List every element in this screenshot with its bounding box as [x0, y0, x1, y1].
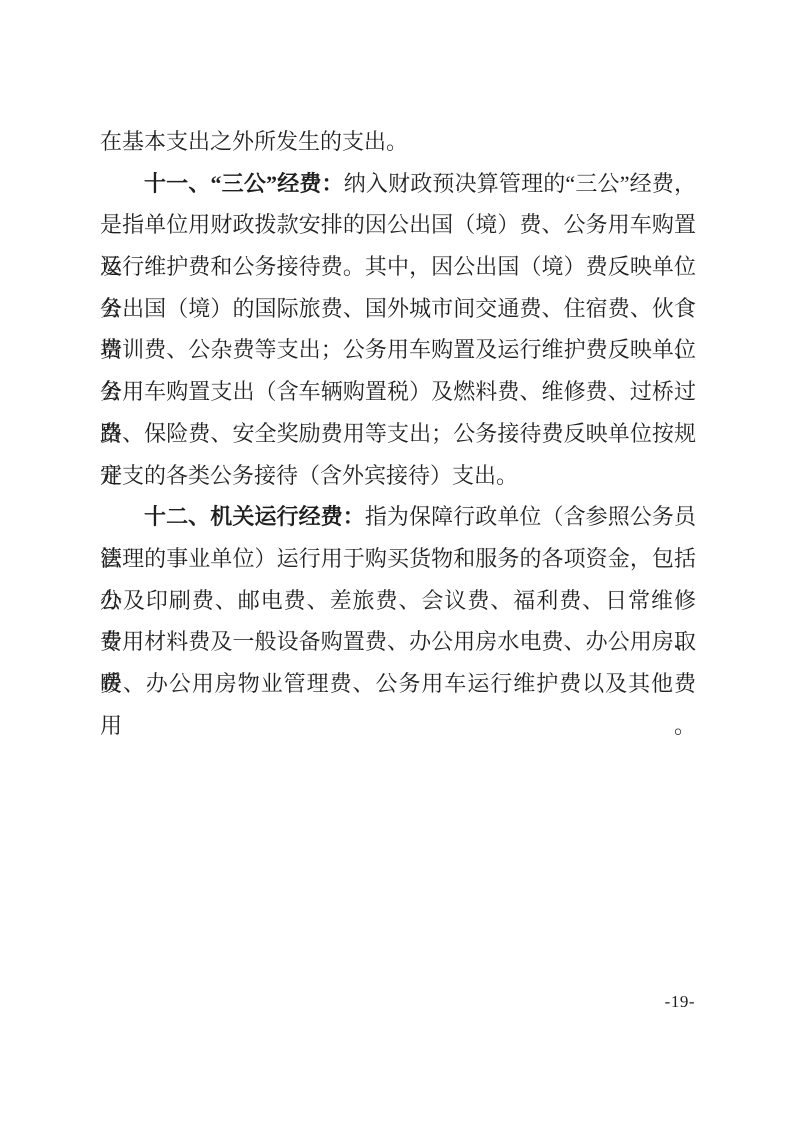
text-line: 十二、机关运行经费：指为保障行政单位（含参照公务员法: [100, 496, 696, 538]
text-line: 十一、“三公”经费：纳入财政预决算管理的“三公”经费，: [100, 163, 696, 205]
text-line: 务出国（境）的国际旅费、国外城市间交通费、住宿费、伙食费、: [100, 288, 696, 330]
text-line: 开支的各类公务接待（含外宾接待）支出。: [100, 455, 696, 497]
document-text-block: 在基本支出之外所发生的支出。十一、“三公”经费：纳入财政预决算管理的“三公”经费…: [100, 121, 696, 705]
heading-segment: 十一、“三公”经费：: [100, 171, 344, 196]
text-line: 是指单位用财政拨款安排的因公出国（境）费、公务用车购置及: [100, 204, 696, 246]
heading-segment: 十二、机关运行经费：: [100, 504, 365, 529]
text-line: 培训费、公杂费等支出；公务用车购置及运行维护费反映单位公: [100, 329, 696, 371]
text-line: 运行维护费和公务接待费。其中，因公出国（境）费反映单位公: [100, 246, 696, 288]
text-segment: 开支的各类公务接待（含外宾接待）支出。: [100, 463, 518, 488]
text-line: 管理的事业单位）运行用于购买货物和服务的各项资金，包括办: [100, 538, 696, 580]
text-segment: 费、办公用房物业管理费、公务用车运行维护费以及其他费用。: [100, 671, 696, 738]
text-segment: 在基本支出之外所发生的支出。: [100, 129, 408, 154]
text-line: 费、保险费、安全奖励费用等支出；公务接待费反映单位按规定: [100, 413, 696, 455]
text-line: 费、办公用房物业管理费、公务用车运行维护费以及其他费用。: [100, 663, 696, 705]
text-line: 在基本支出之外所发生的支出。: [100, 121, 696, 163]
text-segment: 纳入财政预决算管理的“三公”经费，: [344, 171, 696, 196]
text-line: 公及印刷费、邮电费、差旅费、会议费、福利费、日常维修费、: [100, 580, 696, 622]
text-line: 专用材料费及一般设备购置费、办公用房水电费、办公用房取暖: [100, 621, 696, 663]
text-line: 务用车购置支出（含车辆购置税）及燃料费、维修费、过桥过路: [100, 371, 696, 413]
page-number: -19-: [665, 991, 695, 1013]
document-page: 在基本支出之外所发生的支出。十一、“三公”经费：纳入财政预决算管理的“三公”经费…: [0, 0, 793, 1122]
